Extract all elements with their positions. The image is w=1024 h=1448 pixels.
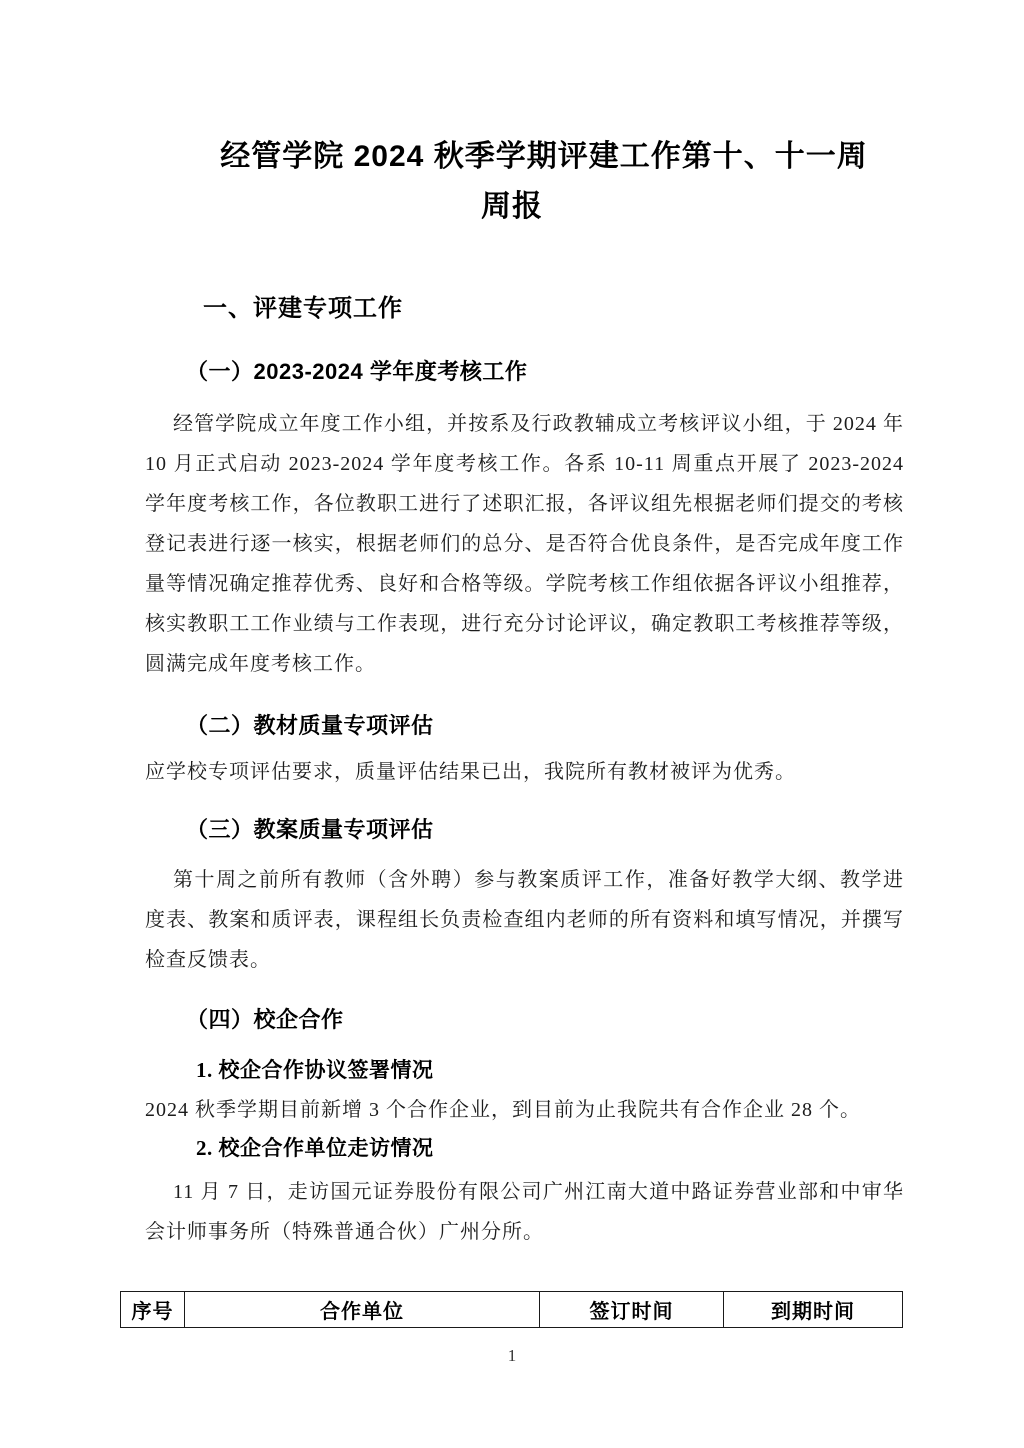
table-header-cooperation-unit: 合作单位 [185, 1292, 540, 1328]
cooperation-units-table-header: 序号 合作单位 签订时间 到期时间 [121, 1292, 903, 1328]
paragraph-lesson-plan-quality: 第十周之前所有教师（含外聘）参与教案质评工作，准备好教学大纲、教学进度表、教案和… [145, 860, 904, 980]
subsection-heading-textbook-quality: （二）教材质量专项评估 [120, 712, 904, 740]
paragraph-textbook-quality: 应学校专项评估要求，质量评估结果已出，我院所有教材被评为优秀。 [145, 752, 904, 792]
document-title: 经管学院 2024 秋季学期评建工作第十、十一周 周报 [120, 132, 904, 232]
page-number: 1 [120, 1344, 904, 1368]
table-header-expiry-date: 到期时间 [724, 1292, 903, 1328]
subsection-heading-annual-assessment: （一）2023-2024 学年度考核工作 [120, 358, 904, 386]
item-heading-cooperation-visits: 2. 校企合作单位走访情况 [120, 1134, 904, 1162]
document-title-line-2: 周报 [120, 182, 904, 232]
subsection-heading-school-enterprise-cooperation: （四）校企合作 [120, 1006, 904, 1034]
paragraph-cooperation-visits: 11 月 7 日，走访国元证券股份有限公司广州江南大道中路证券营业部和中审华会计… [145, 1172, 904, 1252]
table-header-row: 序号 合作单位 签订时间 到期时间 [121, 1292, 903, 1328]
section-heading-evaluation-work: 一、评建专项工作 [120, 294, 904, 324]
table-header-signing-date: 签订时间 [540, 1292, 724, 1328]
paragraph-annual-assessment: 经管学院成立年度工作小组，并按系及行政教辅成立考核评议小组，于 2024 年 1… [145, 404, 904, 684]
subsection-heading-lesson-plan-quality: （三）教案质量专项评估 [120, 816, 904, 844]
document-title-line-1: 经管学院 2024 秋季学期评建工作第十、十一周 [120, 132, 904, 182]
item-heading-cooperation-agreements: 1. 校企合作协议签署情况 [120, 1056, 904, 1084]
cooperation-units-table: 序号 合作单位 签订时间 到期时间 [120, 1291, 903, 1328]
table-header-sequence-number: 序号 [121, 1292, 185, 1328]
document-page: 经管学院 2024 秋季学期评建工作第十、十一周 周报 一、评建专项工作 （一）… [0, 0, 1024, 1448]
document-content: 经管学院 2024 秋季学期评建工作第十、十一周 周报 一、评建专项工作 （一）… [120, 132, 904, 1368]
paragraph-cooperation-agreements: 2024 秋季学期目前新增 3 个合作企业，到目前为止我院共有合作企业 28 个… [145, 1090, 904, 1130]
